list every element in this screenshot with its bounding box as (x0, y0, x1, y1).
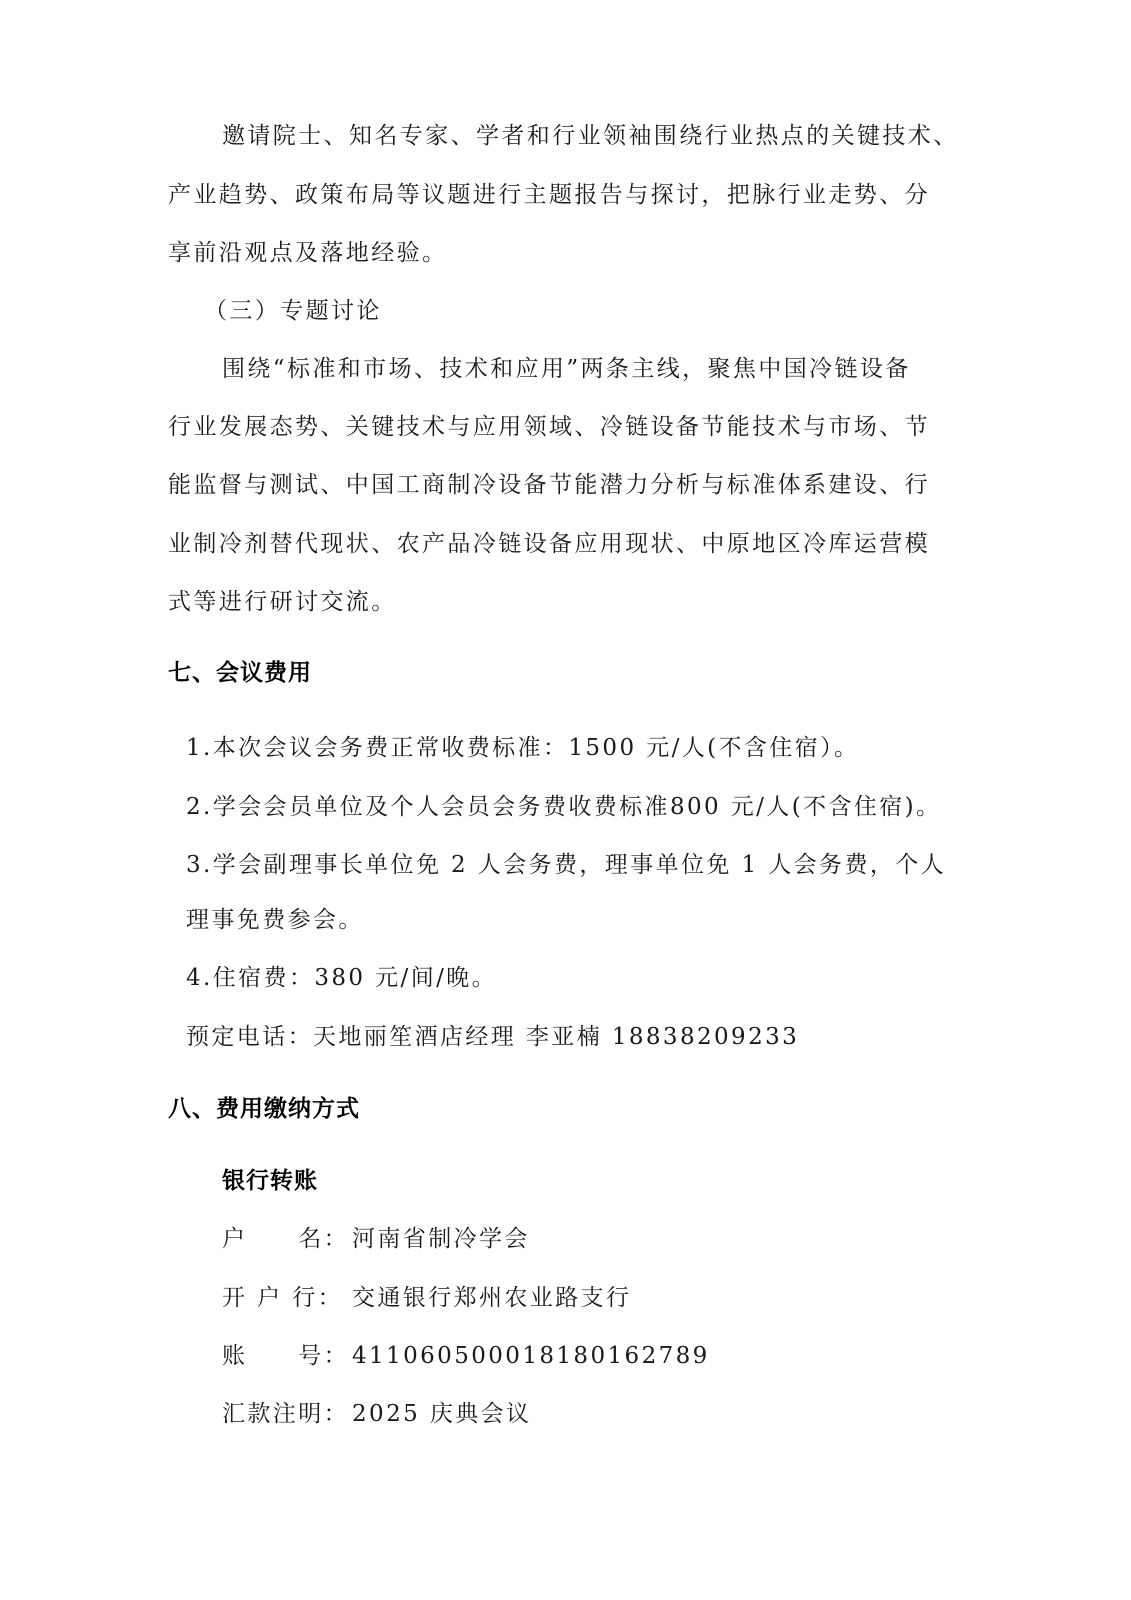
bank-value: 交通银行郑州农业路支行 (352, 1283, 631, 1313)
bank-account-name-row: 户 名：河南省制冷学会 (222, 1224, 530, 1254)
bank-label: 户 名： (222, 1224, 352, 1254)
bank-label: 账 号： (222, 1341, 352, 1371)
discussion-line-5: 式等进行研讨交流。 (168, 587, 397, 617)
bank-label: 开 户 行： (222, 1283, 352, 1313)
fee-item-3: 3.学会副理事长单位免 2 人会务费，理事单位免 1 人会务费，个人 (186, 850, 946, 880)
subsection-title-three: （三）专题讨论 (204, 296, 382, 326)
bank-value: 2025 庆典会议 (352, 1399, 531, 1429)
bank-branch-row: 开 户 行：交通银行郑州农业路支行 (222, 1283, 631, 1313)
discussion-line-4: 业制冷剂替代现状、农产品冷链设备应用现状、中原地区冷库运营模 (168, 529, 930, 559)
remittance-note-row: 汇款注明：2025 庆典会议 (222, 1399, 531, 1429)
discussion-line-1: 围绕“标准和市场、技术和应用”两条主线，聚焦中国冷链设备 (222, 354, 911, 384)
section-heading-payment: 八、费用缴纳方式 (168, 1094, 360, 1124)
intro-line-3: 享前沿观点及落地经验。 (168, 238, 447, 268)
discussion-line-2: 行业发展态势、关键技术与应用领域、冷链设备节能技术与市场、节 (168, 412, 930, 442)
intro-line-1: 邀请院士、知名专家、学者和行业领袖围绕行业热点的关键技术、 (222, 121, 959, 151)
booking-phone: 预定电话：天地丽笙酒店经理 李亚楠 18838209233 (186, 1022, 799, 1052)
section-heading-fees: 七、会议费用 (168, 658, 312, 688)
intro-line-2: 产业趋势、政策布局等议题进行主题报告与探讨，把脉行业走势、分 (168, 180, 930, 210)
bank-label: 汇款注明： (222, 1399, 352, 1429)
fee-item-1: 1.本次会议会务费正常收费标准：1500 元/人(不含住宿）。 (186, 733, 859, 763)
bank-value: 411060500018180162789 (352, 1341, 710, 1371)
fee-item-2: 2.学会会员单位及个人会员会务费收费标准800 元/人(不含住宿)。 (186, 792, 941, 822)
bank-account-number-row: 账 号：411060500018180162789 (222, 1341, 710, 1371)
payment-method-title: 银行转账 (222, 1166, 318, 1196)
discussion-line-3: 能监督与测试、中国工商制冷设备节能潜力分析与标准体系建设、行 (168, 470, 930, 500)
fee-item-4: 4.住宿费：380 元/间/晚。 (186, 963, 497, 993)
bank-value: 河南省制冷学会 (352, 1224, 530, 1254)
fee-item-3-cont: 理事免费参会。 (186, 905, 364, 935)
